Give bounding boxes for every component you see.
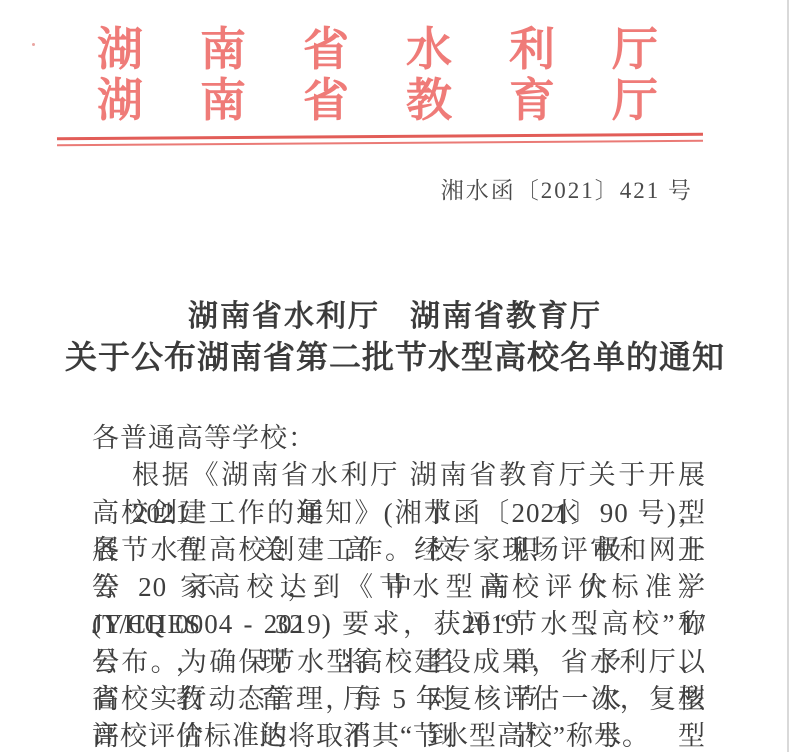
document-body: 各普通高等学校： 根据《湖南省水利厅 湖南省教育厅关于开展 2021 年节水型 … [92, 420, 706, 752]
letterhead-line-1: 湖 南 省 水 利 厅 [97, 24, 658, 75]
letterhead-char: 厅 [612, 75, 658, 126]
body-text-line: 高校创建工作的通知》(湘水函〔2021〕90 号)，各有关高校积极开 [92, 495, 706, 532]
letterhead-char: 利 [509, 24, 555, 75]
red-divider-rule [57, 133, 703, 147]
letterhead-line-2: 湖 南 省 教 育 厅 [97, 75, 658, 126]
body-text-line: 高校评价标准的将取消其“节水型高校”称号。 [92, 718, 706, 752]
title-issuer-2: 湖南省教育厅 [410, 300, 602, 333]
letterhead-char: 湖 [97, 24, 143, 75]
letterhead-char: 南 [200, 24, 246, 75]
body-text-line: 展节水型高校创建工作。经专家现场评审和网上公示，中南大学 [92, 532, 706, 569]
letterhead-char: 南 [200, 75, 246, 126]
letterhead-char: 教 [406, 75, 452, 126]
title-issuer-1: 湖南省水利厅 [188, 300, 380, 333]
salutation: 各普通高等学校： [92, 420, 706, 457]
body-text-line: JYHQ 0004 - 2019) 要求，获评“节水型高校”称号，现将名单予以 [92, 606, 706, 643]
document-title: 湖南省水利厅湖南省教育厅 关于公布湖南省第二批节水型高校名单的通知 [0, 297, 790, 377]
document-number: 湘水函〔2021〕421 号 [441, 172, 693, 205]
letterhead: 湖 南 省 水 利 厅 湖 南 省 教 育 厅 [97, 24, 658, 126]
document-page: 湖 南 省 水 利 厅 湖 南 省 教 育 厅 湘水函〔2021〕421 号 湖… [0, 0, 790, 752]
letterhead-char: 湖 [97, 75, 143, 126]
letterhead-char: 省 [303, 75, 349, 126]
scan-artifact-dot [32, 43, 35, 46]
body-text-line: 等 20 家高校达到《节水型高校评价标准》(T/CHES 32 - 2019、T… [92, 569, 706, 606]
letterhead-char: 省 [303, 24, 349, 75]
letterhead-char: 厅 [612, 24, 658, 75]
body-text-line: 根据《湖南省水利厅 湖南省教育厅关于开展 2021 年节水型 [92, 457, 706, 494]
letterhead-char: 水 [406, 24, 452, 75]
body-text-line: 公布。为确保节水型高校建设成果，省水利厅、省教育厅对节水型 [92, 644, 706, 681]
body-text-line: 高校实行动态管理，每 5 年复核评估一次，复核评估达不到节水型 [92, 681, 706, 718]
document-title-line-1: 湖南省水利厅湖南省教育厅 [0, 297, 790, 337]
letterhead-char: 育 [509, 75, 555, 126]
document-title-line-2: 关于公布湖南省第二批节水型高校名单的通知 [0, 337, 790, 377]
